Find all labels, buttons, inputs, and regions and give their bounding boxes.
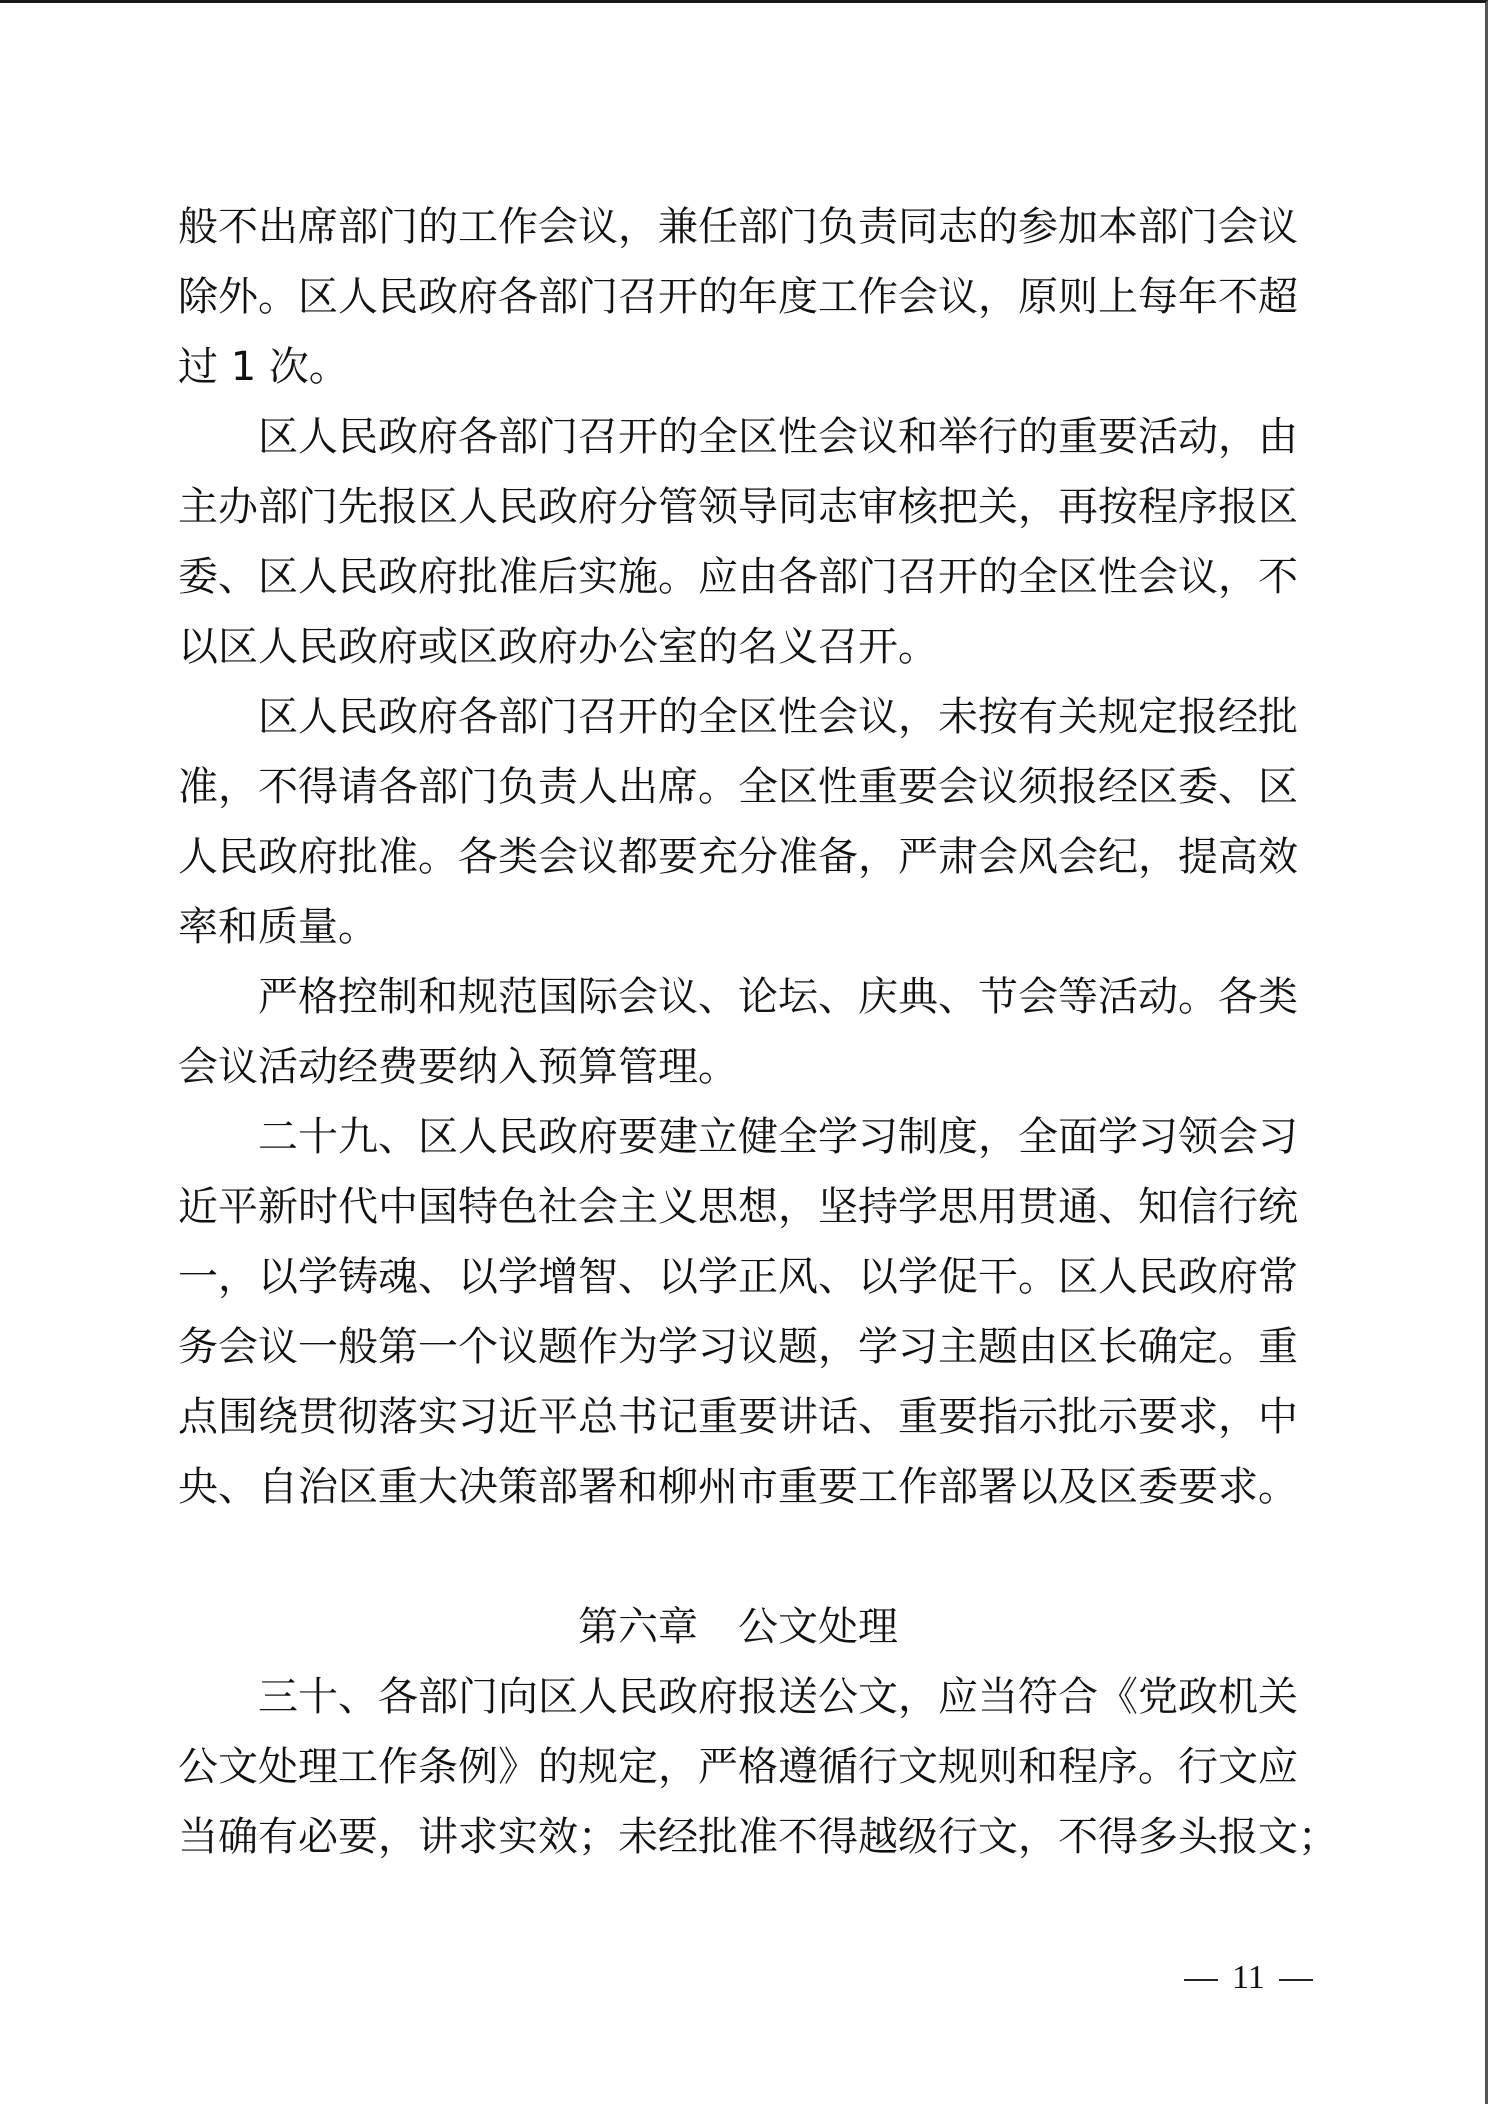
- text-line: 近平新时代中国特色社会主义思想，坚持学思用贯通、知信行统: [178, 1172, 1298, 1242]
- text-line: 过 1 次。: [178, 332, 1298, 402]
- body-paragraphs: 般不出席部门的工作会议，兼任部门负责同志的参加本部门会议除外。区人民政府各部门召…: [178, 192, 1298, 1522]
- text-line: 般不出席部门的工作会议，兼任部门负责同志的参加本部门会议: [178, 192, 1298, 262]
- text-line: 二十九、区人民政府要建立健全学习制度，全面学习领会习: [178, 1102, 1298, 1172]
- chapter-heading: 第六章 公文处理: [178, 1592, 1298, 1662]
- document-page: 般不出席部门的工作会议，兼任部门负责同志的参加本部门会议除外。区人民政府各部门召…: [0, 0, 1488, 2104]
- text-line: 以区人民政府或区政府办公室的名义召开。: [178, 612, 1298, 682]
- text-line: 严格控制和规范国际会议、论坛、庆典、节会等活动。各类: [178, 962, 1298, 1032]
- text-line: 当确有必要，讲求实效；未经批准不得越级行文，不得多头报文；: [178, 1802, 1298, 1872]
- text-line: 准，不得请各部门负责人出席。全区性重要会议须报经区委、区: [178, 752, 1298, 822]
- text-line: 一，以学铸魂、以学增智、以学正风、以学促干。区人民政府常: [178, 1242, 1298, 1312]
- page-number-footer: 11: [1170, 1958, 1327, 1998]
- text-line: 主办部门先报区人民政府分管领导同志审核把关，再按程序报区: [178, 472, 1298, 542]
- text-line: 区人民政府各部门召开的全区性会议，未按有关规定报经批: [178, 682, 1298, 752]
- blank-line: [178, 1522, 1298, 1592]
- text-line: 务会议一般第一个议题作为学习议题，学习主题由区长确定。重: [178, 1312, 1298, 1382]
- text-line: 率和质量。: [178, 892, 1298, 962]
- text-line: 区人民政府各部门召开的全区性会议和举行的重要活动，由: [178, 402, 1298, 472]
- dash-left: [1184, 1979, 1218, 1981]
- text-line: 点围绕贯彻落实习近平总书记重要讲话、重要指示批示要求，中: [178, 1382, 1298, 1452]
- text-line: 会议活动经费要纳入预算管理。: [178, 1032, 1298, 1102]
- page-number: 11: [1232, 1959, 1265, 1996]
- text-line: 委、区人民政府批准后实施。应由各部门召开的全区性会议，不: [178, 542, 1298, 612]
- document-body: 般不出席部门的工作会议，兼任部门负责同志的参加本部门会议除外。区人民政府各部门召…: [178, 192, 1298, 1872]
- text-line: 央、自治区重大决策部署和柳州市重要工作部署以及区委要求。: [178, 1452, 1298, 1522]
- dash-right: [1279, 1979, 1313, 1981]
- body-paragraphs-after-heading: 三十、各部门向区人民政府报送公文，应当符合《党政机关公文处理工作条例》的规定，严…: [178, 1662, 1298, 1872]
- text-line: 公文处理工作条例》的规定，严格遵循行文规则和程序。行文应: [178, 1732, 1298, 1802]
- text-line: 三十、各部门向区人民政府报送公文，应当符合《党政机关: [178, 1662, 1298, 1732]
- text-line: 除外。区人民政府各部门召开的年度工作会议，原则上每年不超: [178, 262, 1298, 332]
- text-line: 人民政府批准。各类会议都要充分准备，严肃会风会纪，提高效: [178, 822, 1298, 892]
